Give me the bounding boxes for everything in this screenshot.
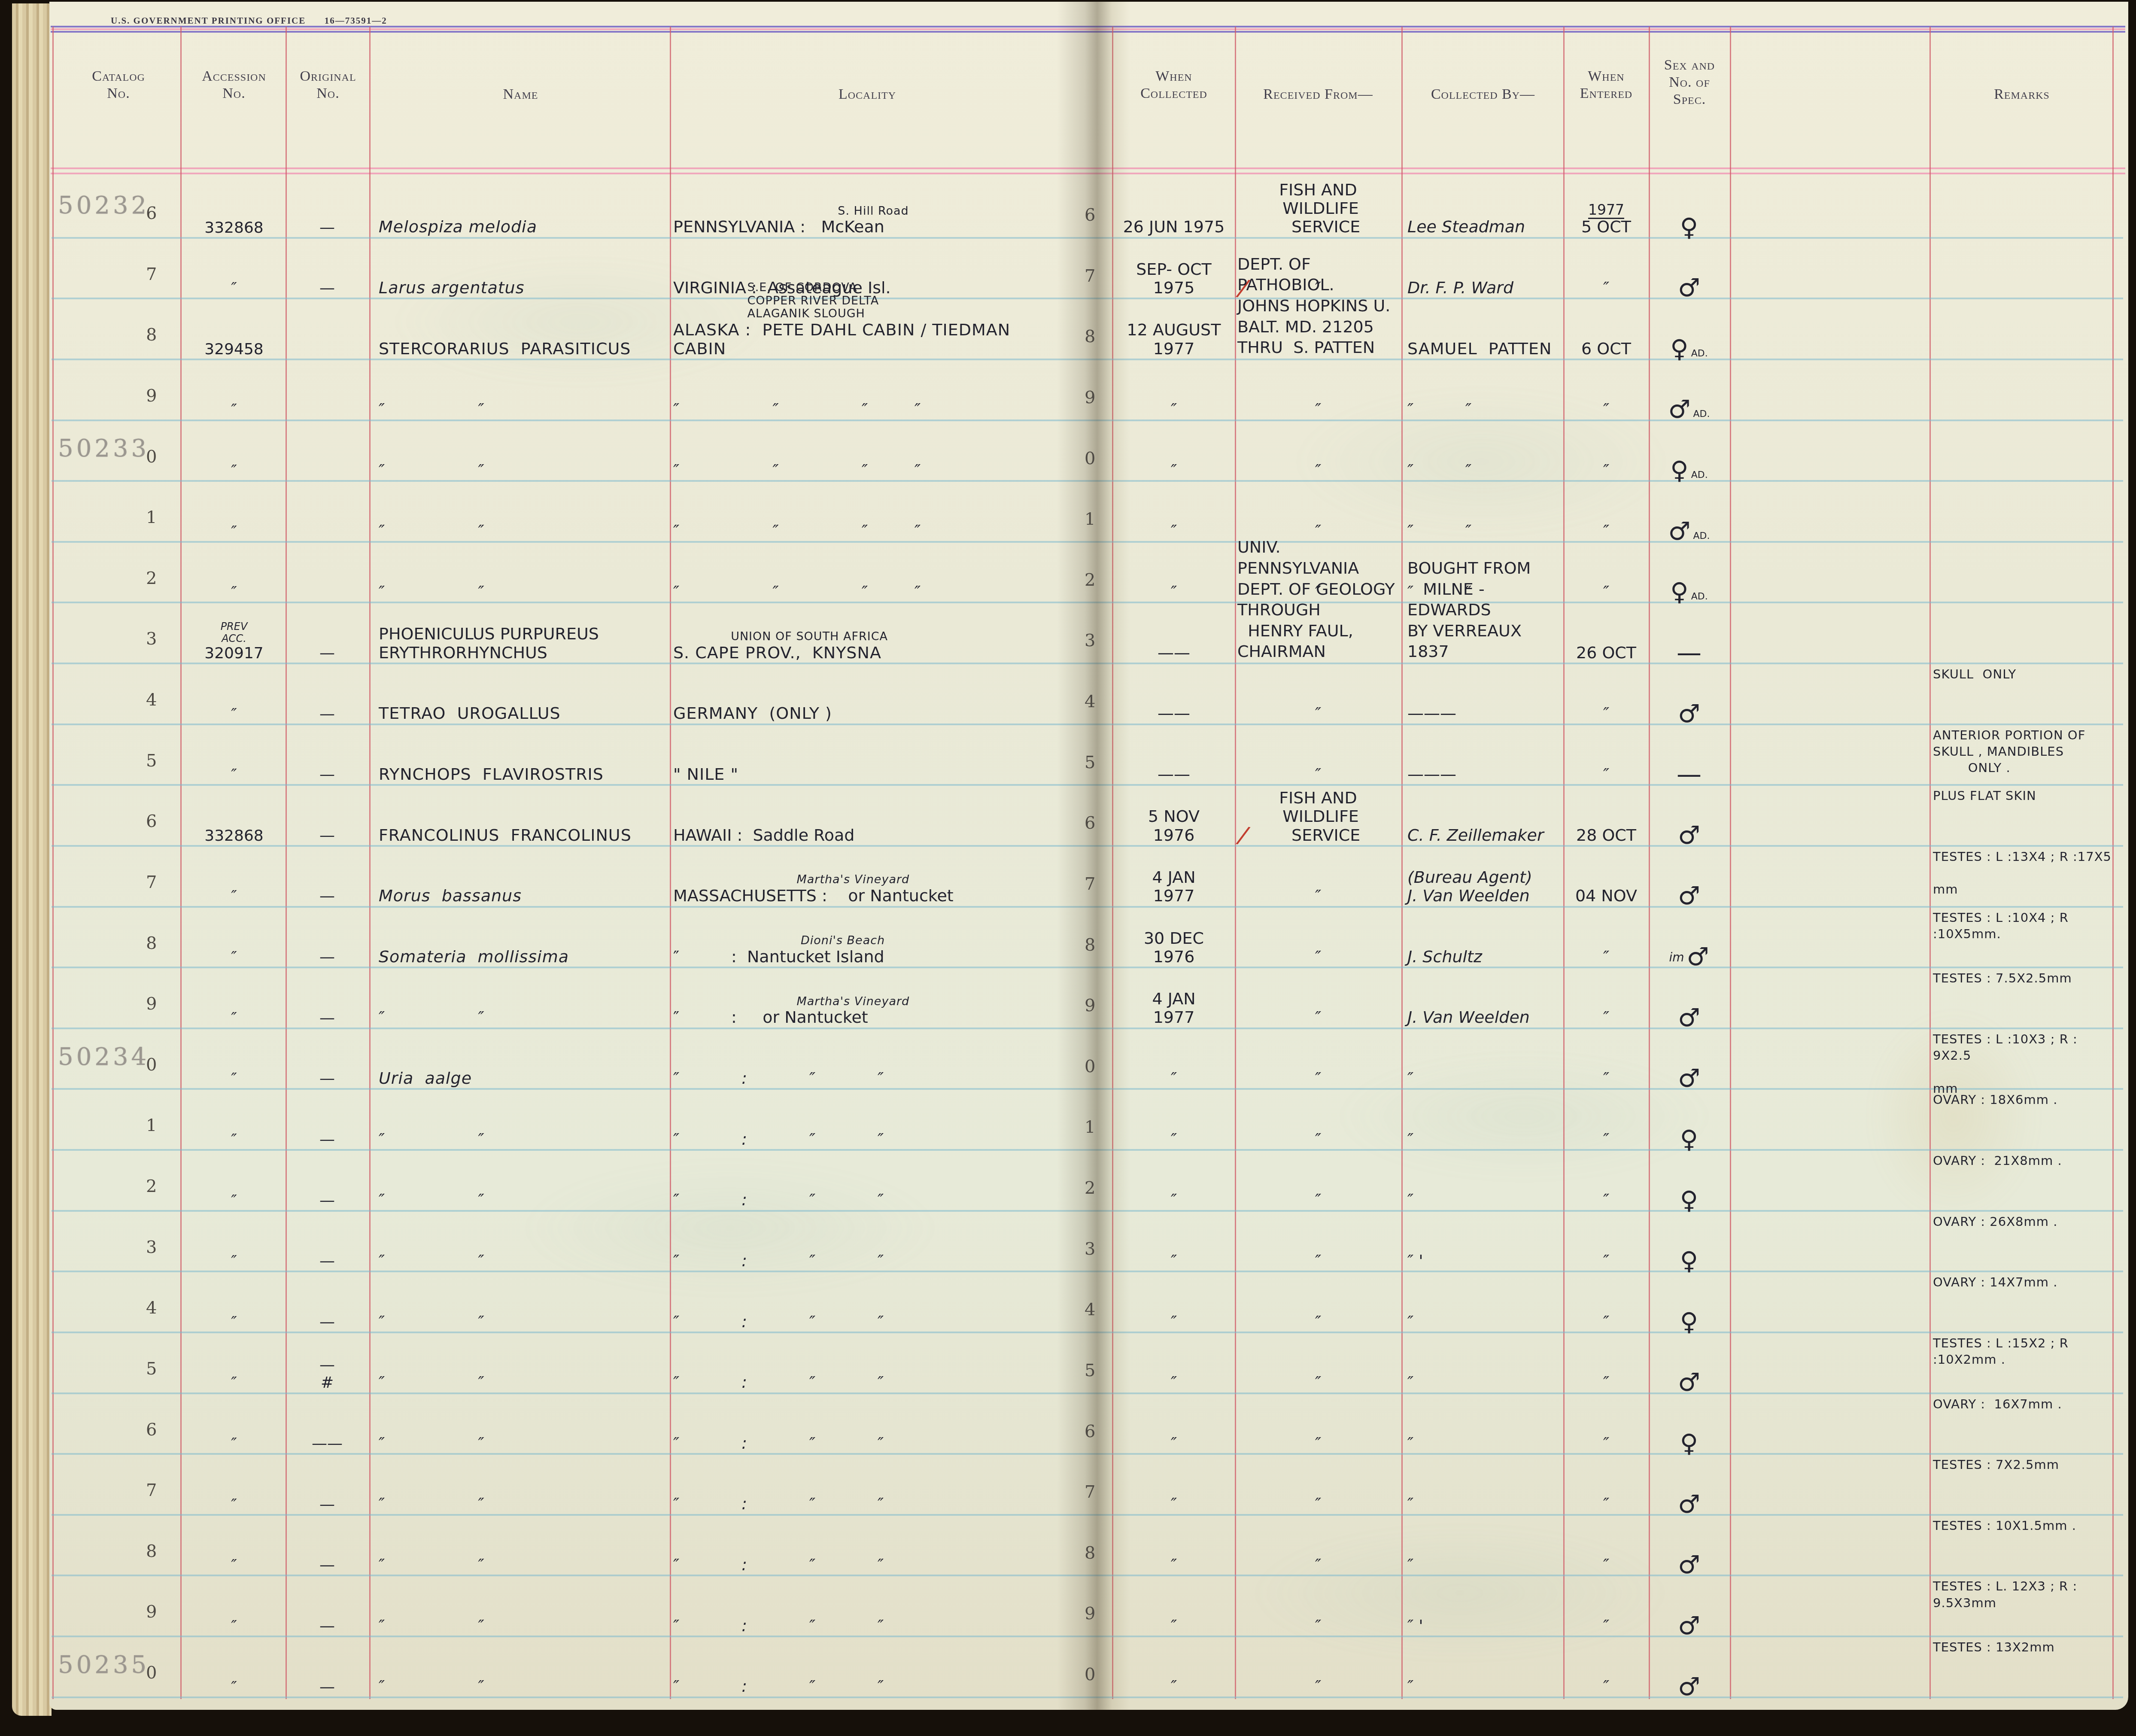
remarks-cell: TESTES : 10X1.5mm .: [1933, 1517, 2113, 1536]
original-no-cell: —: [288, 1253, 367, 1272]
name-cell: ″ ″: [374, 1617, 671, 1637]
row-number-left: 5: [146, 751, 176, 773]
when-collected-cell: ″: [1115, 1434, 1232, 1455]
sex-cell: ♂: [1651, 1493, 1727, 1518]
sex-cell: ♂AD.: [1651, 398, 1727, 423]
row-number-left: 8: [146, 934, 176, 956]
accession-no-cell: 329458: [185, 341, 283, 360]
collected-by-cell: ″: [1404, 1130, 1565, 1151]
name-cell: ″ ″: [374, 1434, 671, 1455]
sex-cell: ♀: [1651, 1128, 1727, 1153]
row-number-left: 9: [146, 386, 176, 408]
row-number-right: 7: [1085, 1483, 1111, 1505]
accession-no-cell: ″: [185, 401, 283, 421]
original-no-cell: — #: [288, 1356, 367, 1394]
when-entered-cell: ″: [1566, 1373, 1646, 1394]
name-cell: ″ ″: [374, 461, 671, 482]
original-no-cell: —: [288, 1557, 367, 1576]
row-number-left: 7: [146, 1481, 176, 1503]
name-cell: ″ ″: [374, 1677, 671, 1698]
collected-by-cell: J. Schultz: [1404, 948, 1565, 968]
original-no-cell: —: [288, 1131, 367, 1151]
male-symbol: ♂: [1678, 702, 1700, 726]
accession-no-cell: ″: [185, 1253, 283, 1272]
collected-by-cell: ″ ': [1404, 1252, 1565, 1272]
ledger-row: 5023400″—Uria aalge″ : ″ ″″″″″♂TESTES : …: [0, 1029, 2136, 1090]
collected-by-cell: SAMUEL PATTEN: [1404, 340, 1565, 360]
accession-no-cell: ″: [185, 1435, 283, 1455]
received-from-cell: ″: [1237, 1495, 1399, 1515]
original-no-cell: —: [288, 645, 367, 664]
when-entered-cell: ″: [1566, 1313, 1646, 1333]
remarks-cell: OVARY : 18X6mm .: [1933, 1091, 2113, 1110]
ledger-row: 5023300″″ ″″ ″ ″ ″″″″ ″″♀AD.: [0, 421, 2136, 482]
name-cell: Melospiza melodia: [374, 218, 671, 238]
locality-cell: Martha's Vineyard″ : or Nantucket: [673, 995, 1062, 1029]
collected-by-cell: ″: [1404, 1434, 1565, 1455]
row-number-left: 4: [146, 690, 176, 712]
collected-by-cell: J. Van Weelden: [1404, 1008, 1565, 1029]
header-rule-pink: [51, 167, 2125, 169]
sex-cell: ♂: [1651, 884, 1727, 910]
collected-by-cell: C. F. Zeillemaker: [1404, 826, 1565, 847]
row-number-right: 1: [1085, 1118, 1111, 1140]
when-entered-cell: ″: [1566, 1434, 1646, 1455]
received-from-cell: ″: [1237, 1373, 1399, 1394]
locality-cell: ″ : ″ ″: [673, 1191, 1062, 1211]
when-collected-cell: ″: [1115, 461, 1232, 482]
male-symbol: ♂: [1678, 1553, 1700, 1577]
sex-cell: ♀AD.: [1651, 580, 1727, 606]
name-cell: ″ ″: [374, 1495, 671, 1515]
female-symbol: ♀: [1680, 1189, 1698, 1212]
accession-no-cell: ″: [185, 766, 283, 786]
sex-cell: ♀AD.: [1651, 459, 1727, 484]
sex-cell: ♂: [1651, 824, 1727, 849]
row-number-right: 1: [1085, 510, 1111, 532]
accession-no-cell: ″: [185, 1496, 283, 1516]
when-collected-cell: ——: [1115, 644, 1232, 664]
ledger-row: 99″—″ ″ Martha's Vineyard″ : or Nantucke…: [0, 968, 2136, 1029]
received-from-cell: ″: [1237, 1191, 1399, 1211]
ledger-row: 88″—Somateria mollissima Dioni's Beach″ …: [0, 908, 2136, 969]
column-header-sex-spec: Sex and No. of Spec.: [1651, 57, 1728, 108]
original-no-cell: —: [288, 280, 367, 299]
accession-no-cell: ″: [185, 1313, 283, 1333]
original-no-cell: —: [288, 1496, 367, 1516]
sex-cell: ♀: [1651, 1432, 1727, 1457]
sex-cell: ♂: [1651, 1675, 1727, 1701]
row-number-left: 4: [146, 1298, 176, 1320]
accession-no-cell: ″: [185, 584, 283, 603]
row-number-right: 9: [1085, 1604, 1111, 1626]
row-number-right: 3: [1085, 1240, 1111, 1262]
remarks-cell: OVARY : 16X7mm .: [1933, 1396, 2113, 1414]
collected-by-cell: ———: [1404, 765, 1565, 786]
sex-cell: ♀: [1651, 216, 1727, 241]
remarks-cell: OVARY : 21X8mm .: [1933, 1152, 2113, 1171]
row-number-left: 2: [146, 569, 176, 591]
column-header-remarks: Remarks: [1931, 86, 2112, 103]
row-number-right: 7: [1085, 875, 1111, 897]
when-collected-cell: 30 DEC 1976: [1115, 929, 1232, 969]
row-number-left: 3: [146, 1238, 176, 1260]
row-number-left: 8: [146, 325, 176, 347]
name-cell: ″ ″: [374, 400, 671, 421]
original-no-cell: —: [288, 1070, 367, 1090]
row-number-right: 0: [1085, 1665, 1111, 1687]
catalog-number-stamp: 50233: [58, 435, 146, 465]
sex-cell: ♂: [1651, 702, 1727, 728]
row-number-left: 1: [146, 1116, 176, 1138]
catalog-number-stamp: 50232: [58, 192, 146, 222]
when-collected-cell: ″: [1115, 1373, 1232, 1394]
name-cell: ″ ″: [374, 583, 671, 603]
ledger-row: 99″″ ″″ ″ ″ ″″″″ ″″♂AD.: [0, 360, 2136, 421]
row-number-right: 8: [1085, 936, 1111, 958]
when-entered-cell: ″: [1566, 1617, 1646, 1637]
locality-cell: S. Hill RoadPENNSYLVANIA : McKean: [673, 205, 1062, 239]
collected-by-cell: (Bureau Agent) J. Van Weelden: [1404, 868, 1565, 908]
name-cell: PHOENICULUS PURPUREUS ERYTHRORHYNCHUS: [374, 625, 671, 664]
male-symbol: ♂: [1678, 1371, 1700, 1394]
column-header-when-collected: When Collected: [1115, 68, 1232, 102]
remarks-cell: TESTES : 13X2mm: [1933, 1639, 2113, 1657]
row-number-left: 0: [146, 447, 176, 469]
locality-cell: ″ : ″ ″: [673, 1252, 1062, 1272]
received-from-cell: ″: [1237, 1677, 1399, 1698]
when-entered-cell: ″: [1566, 461, 1646, 482]
original-no-cell: —: [288, 219, 367, 239]
original-no-cell: —: [288, 1192, 367, 1212]
locality-cell: ″ : ″ ″: [673, 1130, 1062, 1151]
received-from-cell: ″: [1237, 948, 1399, 968]
collected-by-cell: ″ ': [1404, 1617, 1565, 1637]
sex-cell: ♂: [1651, 276, 1727, 302]
ledger-row: 22″″ ″″ ″ ″ ″″″″ ″″♀AD.: [0, 543, 2136, 604]
collected-by-cell: Dr. F. P. Ward: [1404, 279, 1565, 299]
ledger-row: 66″——″ ″″ : ″ ″″″″″♀OVARY : 16X7mm .: [0, 1394, 2136, 1455]
row-number-right: 9: [1085, 996, 1111, 1018]
row-number-right: 0: [1085, 1057, 1111, 1079]
row-number-left: 7: [146, 873, 176, 895]
collected-by-cell: ″: [1404, 1373, 1565, 1394]
name-cell: ″ ″: [374, 1252, 671, 1272]
when-entered-cell: ″: [1566, 948, 1646, 968]
name-cell: Morus bassanus: [374, 887, 671, 907]
catalog-number-stamp: 50234: [58, 1043, 146, 1073]
when-collected-cell: ″: [1115, 1617, 1232, 1637]
row-number-right: 6: [1085, 206, 1111, 228]
row-number-left: 3: [146, 629, 176, 651]
female-symbol: ♀: [1670, 337, 1688, 361]
male-symbol: ♂: [1678, 884, 1700, 908]
male-symbol: ♂: [1678, 1067, 1700, 1090]
collected-by-cell: ″: [1404, 1069, 1565, 1090]
row-number-right: 2: [1085, 1179, 1111, 1201]
when-entered-cell: 6 OCT: [1566, 340, 1646, 360]
name-cell: Uria aalge: [374, 1069, 671, 1090]
original-no-cell: —: [288, 1009, 367, 1029]
locality-cell: ″ : ″ ″: [673, 1677, 1062, 1698]
accession-no-cell: ″: [185, 1617, 283, 1637]
male-symbol: ♂: [1678, 1675, 1700, 1699]
top-rule-pink: [51, 28, 2125, 30]
when-entered-cell: 19775 OCT: [1566, 202, 1646, 239]
ledger-row: 11″—″ ″″ : ″ ″″″″″♀OVARY : 18X6mm .: [0, 1090, 2136, 1151]
name-cell: ″ ″: [374, 1130, 671, 1151]
received-from-cell: ″: [1237, 887, 1399, 907]
collected-by-cell: ″ ″: [1404, 461, 1565, 482]
male-symbol: ♂: [1687, 945, 1709, 969]
column-header-accession-no: Accession No.: [182, 68, 286, 102]
when-collected-cell: ——: [1115, 765, 1232, 786]
top-rule-purple: [51, 31, 2125, 33]
original-no-cell: —: [288, 827, 367, 847]
received-from-cell: ″: [1237, 400, 1399, 421]
column-header-catalog-no: Catalog No.: [56, 68, 181, 102]
column-header-original-no: Original No.: [287, 68, 369, 102]
received-from-cell: FISH AND WILDLIFE SERVICE: [1237, 181, 1399, 239]
column-header-when-entered: When Entered: [1565, 68, 1647, 102]
when-collected-cell: ″: [1115, 522, 1232, 542]
row-number-right: 6: [1085, 1422, 1111, 1444]
collected-by-cell: ″ ″: [1404, 522, 1565, 542]
row-number-right: 8: [1085, 1544, 1111, 1566]
original-no-cell: ——: [288, 1435, 367, 1455]
accession-no-cell: 332868: [185, 827, 283, 847]
locality-cell: ″ ″ ″ ″: [673, 461, 1062, 482]
male-symbol: ♂: [1678, 1614, 1700, 1638]
ledger-row: 5023500″—″ ″″ : ″ ″″″″″♂TESTES : 13X2mm: [0, 1637, 2136, 1698]
female-symbol: ♀: [1670, 459, 1688, 482]
sex-cell: ♂: [1651, 1006, 1727, 1032]
ledger-row: 33PREV ACC.320917—PHOENICULUS PURPUREUS …: [0, 603, 2136, 664]
row-number-left: 6: [146, 812, 176, 834]
male-symbol: ♂: [1678, 1006, 1700, 1030]
received-from-cell: ″: [1237, 1008, 1399, 1029]
sex-cell: —: [1651, 763, 1727, 788]
accession-no-cell: PREV ACC.320917: [185, 621, 283, 664]
accession-no-cell: ″: [185, 1557, 283, 1576]
ledger-row: 88329458STERCORARIUS PARASITICUS S.E. OF…: [0, 299, 2136, 360]
female-symbol: ♀: [1680, 1310, 1698, 1334]
when-collected-cell: ″: [1115, 1069, 1232, 1090]
remarks-cell: ANTERIOR PORTION OF SKULL , MANDIBLES ON…: [1933, 727, 2113, 778]
female-symbol: ♀: [1680, 1128, 1698, 1151]
received-from-cell: ″: [1237, 765, 1399, 786]
ledger-row: 11″″ ″″ ″ ″ ″″″″ ″″♂AD.: [0, 482, 2136, 543]
remarks-cell: TESTES : L :15X2 ; R :10X2mm .: [1933, 1335, 2113, 1370]
remarks-cell: OVARY : 14X7mm .: [1933, 1274, 2113, 1292]
locality-cell: Dioni's Beach″ : Nantucket Island: [673, 934, 1062, 968]
ledger-row: 55″— #″ ″″ : ″ ″″″″″♂TESTES : L :15X2 ; …: [0, 1333, 2136, 1394]
when-entered-cell: ″: [1566, 765, 1646, 786]
when-collected-cell: 4 JAN 1977: [1115, 990, 1232, 1029]
locality-cell: HAWAII : Saddle Road: [673, 826, 1062, 847]
when-entered-cell: ″: [1566, 1069, 1646, 1090]
remarks-cell: TESTES : L :13X4 ; R :17X5 mm: [1933, 848, 2113, 900]
name-cell: ″ ″: [374, 1373, 671, 1394]
sex-cell: ♀AD.: [1651, 337, 1727, 363]
received-from-cell: ″: [1237, 1434, 1399, 1455]
when-collected-cell: ″: [1115, 1252, 1232, 1272]
sex-cell: im♂: [1651, 945, 1727, 971]
original-no-cell: —: [288, 766, 367, 786]
female-symbol: ♀: [1680, 1249, 1698, 1273]
collected-by-cell: ———: [1404, 704, 1565, 725]
original-no-cell: —: [288, 1678, 367, 1698]
sex-cell: ♀: [1651, 1249, 1727, 1275]
when-collected-cell: ″: [1115, 1191, 1232, 1211]
locality-cell: ″ : ″ ″: [673, 1495, 1062, 1515]
remarks-cell: SKULL ONLY: [1933, 666, 2113, 684]
remarks-cell: TESTES : 7X2.5mm: [1933, 1456, 2113, 1475]
locality-cell: ″ : ″ ″: [673, 1617, 1062, 1637]
row-number-right: 8: [1085, 327, 1111, 349]
row-number-left: 1: [146, 508, 176, 530]
collected-by-cell: ″: [1404, 1313, 1565, 1333]
original-no-cell: —: [288, 888, 367, 907]
male-symbol: ♂: [1668, 398, 1691, 421]
locality-cell: S.E. OF CORDOVA COPPER RIVER DELTA ALAGA…: [673, 281, 1062, 360]
row-number-right: 9: [1085, 388, 1111, 410]
name-cell: ″ ″: [374, 1313, 671, 1333]
row-number-right: 3: [1085, 631, 1111, 653]
locality-cell: ″ : ″ ″: [673, 1434, 1062, 1455]
original-no-cell: —: [288, 1313, 367, 1333]
accession-no-cell: ″: [185, 705, 283, 725]
when-collected-cell: ″: [1115, 1313, 1232, 1333]
when-entered-cell: ″: [1566, 1556, 1646, 1576]
when-entered-cell: 28 OCT: [1566, 826, 1646, 847]
remarks-cell: PLUS FLAT SKIN: [1933, 787, 2113, 806]
sex-cell: ♂: [1651, 1067, 1727, 1092]
male-symbol: ♂: [1678, 824, 1700, 847]
when-entered-cell: ″: [1566, 583, 1646, 603]
row-number-left: 6: [146, 1420, 176, 1442]
collected-by-cell: ″: [1404, 1556, 1565, 1576]
original-no-cell: —: [288, 705, 367, 725]
original-no-cell: —: [288, 1617, 367, 1637]
ledger-row: 33″—″ ″″ : ″ ″″″″ '″♀OVARY : 26X8mm .: [0, 1212, 2136, 1273]
original-no-cell: —: [288, 949, 367, 968]
ledger-row: 22″—″ ″″ : ″ ″″″″″♀OVARY : 21X8mm .: [0, 1151, 2136, 1212]
when-collected-cell: ″: [1115, 583, 1232, 603]
locality-cell: GERMANY (ONLY ): [673, 704, 1062, 725]
name-cell: TETRAO UROGALLUS: [374, 704, 671, 725]
when-collected-cell: SEP- OCT 1975: [1115, 260, 1232, 300]
row-number-right: 0: [1085, 449, 1111, 471]
received-from-cell: /FISH AND WILDLIFE SERVICE: [1237, 789, 1399, 847]
column-header-name: Name: [371, 86, 670, 103]
accession-no-cell: ″: [185, 1374, 283, 1394]
sex-dash: —: [1677, 641, 1702, 665]
accession-no-cell: ″: [185, 523, 283, 543]
locality-cell: " NILE ": [673, 765, 1062, 786]
locality-cell: ″ : ″ ″: [673, 1373, 1062, 1394]
when-collected-cell: ″: [1115, 1495, 1232, 1515]
sex-cell: ♀: [1651, 1310, 1727, 1336]
received-from-cell: ″: [1237, 1069, 1399, 1090]
column-header-locality: Locality: [672, 86, 1063, 103]
row-number-right: 5: [1085, 753, 1111, 775]
locality-cell: ″ : ″ ″: [673, 1069, 1062, 1090]
when-entered-cell: ″: [1566, 704, 1646, 725]
row-number-left: 8: [146, 1542, 176, 1564]
received-from-cell: ″: [1237, 1313, 1399, 1333]
when-entered-cell: ″: [1566, 1130, 1646, 1151]
catalog-number-stamp: 50235: [58, 1651, 146, 1681]
locality-cell: ″ ″ ″ ″: [673, 522, 1062, 542]
when-collected-cell: 26 JUN 1975: [1115, 218, 1232, 238]
row-number-right: 4: [1085, 692, 1111, 714]
ledger-row: 77″—Morus bassanus Martha's VineyardMASS…: [0, 847, 2136, 908]
remarks-cell: TESTES : 7.5X2.5mm: [1933, 970, 2113, 988]
row-number-left: 5: [146, 1359, 176, 1381]
male-symbol: ♂: [1678, 276, 1700, 300]
remarks-cell: OVARY : 26X8mm .: [1933, 1213, 2113, 1232]
female-symbol: ♀: [1680, 216, 1698, 239]
received-from-cell: UNIV. PENNSYLVANIA DEPT. OF GEOLOGY THRO…: [1237, 537, 1399, 664]
name-cell: RYNCHOPS FLAVIROSTRIS: [374, 765, 671, 786]
ledger-row: 5023266332868—Melospiza melodia S. Hill …: [0, 178, 2136, 239]
locality-cell: Martha's VineyardMASSACHUSETTS : or Nant…: [673, 873, 1062, 907]
name-cell: ″ ″: [374, 522, 671, 542]
when-entered-cell: ″: [1566, 279, 1646, 299]
printing-office-imprint: U.S. GOVERNMENT PRINTING OFFICE 16—73591…: [111, 15, 387, 26]
when-collected-cell: ″: [1115, 400, 1232, 421]
sex-cell: ♂AD.: [1651, 520, 1727, 545]
red-check-mark: /: [1237, 821, 1249, 849]
when-collected-cell: 12 AUGUST 1977: [1115, 321, 1232, 360]
name-cell: FRANCOLINUS FRANCOLINUS: [374, 826, 671, 847]
collected-by-cell: ″ ″: [1404, 400, 1565, 421]
row-number-right: 4: [1085, 1300, 1111, 1322]
received-from-cell: ″: [1237, 1617, 1399, 1637]
received-from-cell: ″: [1237, 461, 1399, 482]
when-entered-cell: ″: [1566, 1191, 1646, 1211]
when-collected-cell: ″: [1115, 1130, 1232, 1151]
accession-no-cell: ″: [185, 1678, 283, 1698]
remarks-cell: TESTES : L :10X3 ; R : 9X2.5 mm: [1933, 1031, 2113, 1099]
name-cell: ″ ″: [374, 1008, 671, 1029]
accession-no-cell: ″: [185, 280, 283, 299]
ledger-row: 99″—″ ″″ : ″ ″″″″ '″♂TESTES : L. 12X3 ; …: [0, 1576, 2136, 1637]
received-from-cell: ″: [1237, 1252, 1399, 1272]
scanned-ledger-screenshot: { "page": { "printing_office": "U.S. GOV…: [0, 0, 2136, 1736]
locality-cell: ″ ″ ″ ″: [673, 583, 1062, 603]
collected-by-cell: BOUGHT FROM MILNE - EDWARDS BY VERREAUX …: [1404, 558, 1565, 664]
when-entered-cell: 26 OCT: [1566, 644, 1646, 664]
collected-by-cell: Lee Steadman: [1404, 218, 1565, 238]
header-rule-pink: [51, 173, 2125, 174]
remarks-cell: TESTES : L :10X4 ; R :10X5mm.: [1933, 909, 2113, 945]
ledger-row: 55″—RYNCHOPS FLAVIROSTRIS" NILE "——″———″…: [0, 725, 2136, 786]
received-from-cell: ″: [1237, 1556, 1399, 1576]
accession-no-cell: ″: [185, 1131, 283, 1151]
column-header-received-from: Received From—: [1237, 86, 1400, 103]
when-entered-cell: ″: [1566, 522, 1646, 542]
when-collected-cell: ″: [1115, 1677, 1232, 1698]
sex-cell: ♂: [1651, 1553, 1727, 1579]
row-number-left: 9: [146, 994, 176, 1016]
male-symbol: ♂: [1678, 1493, 1700, 1516]
when-collected-cell: ——: [1115, 704, 1232, 725]
locality-cell: ″ : ″ ″: [673, 1556, 1062, 1576]
row-number-left: 2: [146, 1177, 176, 1199]
name-cell: Somateria mollissima: [374, 948, 671, 968]
